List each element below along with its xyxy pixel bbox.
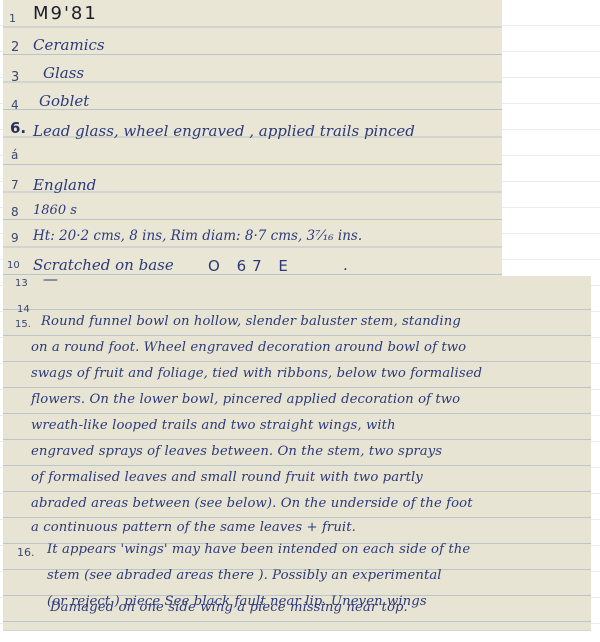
lower-description-sheet: 13 — 14 15. Round funnel bowl on hollow,… bbox=[3, 276, 591, 630]
description-line: flowers. On the lower bowl, pincered app… bbox=[31, 392, 460, 407]
dimensions-field: Ht: 20·2 cms, 8 ins, Rim diam: 8·7 cms, … bbox=[33, 228, 362, 244]
field-number-2: 2 bbox=[11, 40, 19, 55]
description-line: swags of fruit and foliage, tied with ri… bbox=[31, 366, 482, 381]
field-number-15: 15. bbox=[15, 319, 31, 330]
notes-line: stem (see abraded areas there ). Possibl… bbox=[47, 568, 442, 583]
material-category-field: Glass bbox=[43, 64, 84, 82]
field-number-8: 8 bbox=[11, 205, 19, 219]
field-number-3: 3 bbox=[11, 70, 19, 85]
description-line: wreath-like looped trails and two straig… bbox=[31, 418, 396, 433]
place-of-origin-field: England bbox=[33, 176, 96, 194]
field-number-14: 14 bbox=[17, 304, 30, 315]
field-13-value: — bbox=[43, 270, 58, 288]
description-line: a continuous pattern of the same leaves … bbox=[31, 520, 356, 535]
collection-field: Ceramics bbox=[33, 36, 105, 54]
materials-technique-field: Lead glass, wheel engraved , applied tra… bbox=[33, 122, 415, 140]
field-number-6: 6. bbox=[10, 119, 26, 137]
field-number-13: 13 bbox=[15, 278, 28, 289]
base-mark: O 67 E bbox=[208, 257, 294, 275]
field-number-9: 9 bbox=[11, 231, 19, 245]
notes-line: It appears 'wings' may have been intende… bbox=[47, 542, 470, 557]
accession-number: M9'81 bbox=[33, 3, 98, 24]
description-line: abraded areas between (see below). On th… bbox=[31, 496, 473, 511]
field-number-16: 16. bbox=[17, 546, 35, 559]
description-line: of formalised leaves and small round fru… bbox=[31, 470, 423, 485]
stray-dot: . bbox=[343, 256, 348, 274]
object-name-field: Goblet bbox=[39, 92, 89, 110]
upper-record-sheet: 1 2 3 4 6. á 7 8 9 10 M9'81 Ceramics Gla… bbox=[3, 0, 502, 278]
description-line: Round funnel bowl on hollow, slender bal… bbox=[41, 314, 461, 329]
date-field: 1860 s bbox=[33, 203, 77, 218]
damage-note-line: Damaged on one side wing a piece missing… bbox=[50, 600, 408, 615]
field-number-7: 7 bbox=[11, 178, 19, 192]
field-number-10: 10 bbox=[7, 260, 20, 271]
description-line: engraved sprays of leaves between. On th… bbox=[31, 444, 442, 459]
field-number-1: 1 bbox=[9, 12, 16, 25]
description-line: on a round foot. Wheel engraved decorati… bbox=[31, 340, 466, 355]
field-number-mark: á bbox=[11, 148, 18, 162]
field-number-4: 4 bbox=[11, 98, 19, 112]
